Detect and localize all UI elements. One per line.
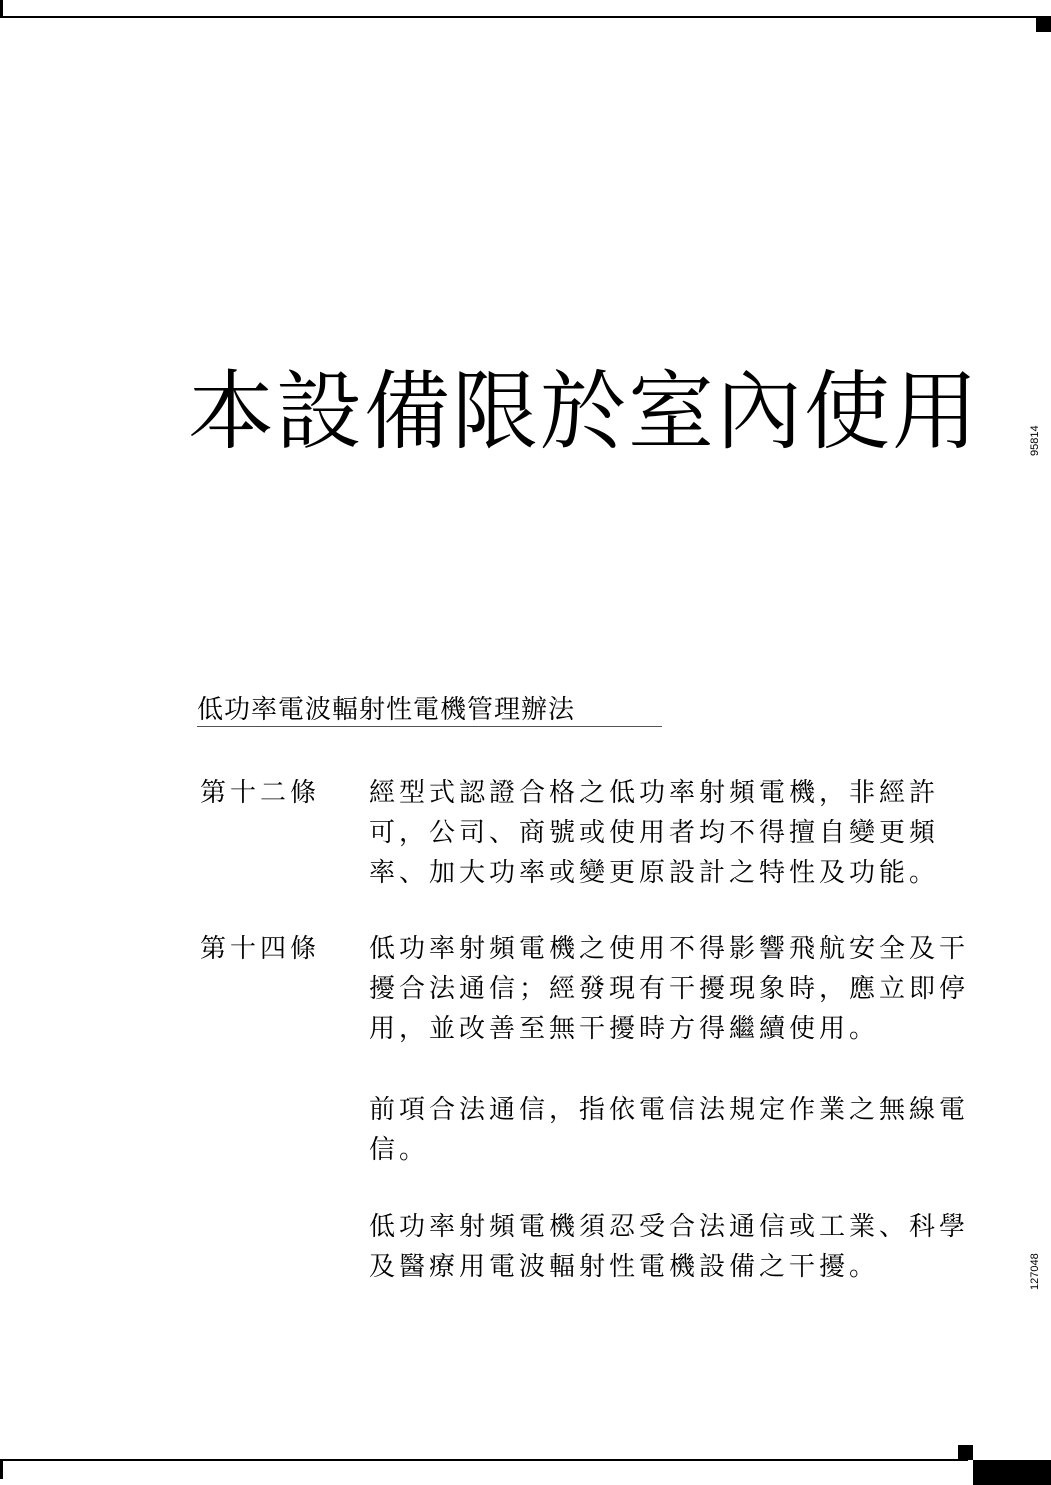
text-line: 及醫療用電波輻射性電機設備之干擾。 — [369, 1247, 1039, 1287]
banner-figure-id: 95814 — [1029, 425, 1041, 456]
page-header-tab-marker — [1036, 18, 1051, 32]
article-12-label: 第十二條 — [200, 773, 320, 813]
article-14-paragraph-3: 低功率射頻電機須忍受合法通信或工業、科學 及醫療用電波輻射性電機設備之干擾。 — [369, 1207, 1039, 1287]
text-line: 可，公司、商號或使用者均不得擅自變更頻 — [369, 813, 1039, 853]
body-figure-id: 127048 — [1029, 1253, 1041, 1290]
text-line: 擾合法通信；經發現有干擾現象時，應立即停 — [369, 969, 1039, 1009]
page-frame-bottom-left-tick — [0, 1460, 3, 1479]
indoor-use-banner: 本設備限於室內使用 — [188, 362, 980, 462]
page-footer-marker — [958, 1445, 973, 1460]
page-frame-top-left-tick — [0, 0, 3, 17]
page-number-tab — [973, 1460, 1051, 1485]
article-14-paragraph-2: 前項合法通信，指依電信法規定作業之無線電 信。 — [369, 1090, 1039, 1170]
article-14-paragraph-1: 低功率射頻電機之使用不得影響飛航安全及干 擾合法通信；經發現有干擾現象時，應立即… — [369, 929, 1039, 1049]
article-12-paragraph-1: 經型式認證合格之低功率射頻電機，非經許 可，公司、商號或使用者均不得擅自變更頻 … — [369, 773, 1039, 893]
text-line: 信。 — [369, 1130, 1039, 1170]
text-line: 低功率射頻電機之使用不得影響飛航安全及干 — [369, 929, 1039, 969]
page-header-rule — [0, 16, 1051, 18]
section-title-underline — [197, 726, 662, 727]
text-line: 用，並改善至無干擾時方得繼續使用。 — [369, 1009, 1039, 1049]
text-line: 率、加大功率或變更原設計之特性及功能。 — [369, 853, 1039, 893]
article-14-label: 第十四條 — [200, 929, 320, 969]
text-line: 前項合法通信，指依電信法規定作業之無線電 — [369, 1090, 1039, 1130]
text-line: 經型式認證合格之低功率射頻電機，非經許 — [369, 773, 1039, 813]
page-footer-rule — [0, 1459, 968, 1461]
text-line: 低功率射頻電機須忍受合法通信或工業、科學 — [369, 1207, 1039, 1247]
section-title: 低功率電波輻射性電機管理辦法 — [197, 694, 575, 726]
